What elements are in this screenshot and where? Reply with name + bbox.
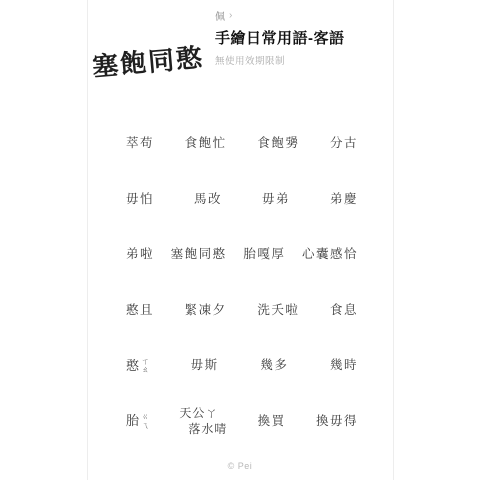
author-name: 佩 [215,8,225,23]
sticker-row: 胎ㄍㄟ天公ㄚ落水啨換買換毋得 [126,394,358,450]
sticker-item[interactable]: 弟啦 [126,246,154,263]
sticker-row: 毋怕馬改毋弟弟慶 [126,172,358,228]
sticker-row: 憨ㄒㄠ毋斯幾多幾時 [126,338,358,394]
sticker-item[interactable]: 萃苟 [126,135,154,152]
sticker-item[interactable]: 緊凍夕 [185,302,227,319]
page-title: 手繪日常用語-客語 [215,27,385,48]
usage-note: 無使用效期限制 [215,53,385,67]
sticker-item[interactable]: 食息 [330,302,358,319]
chevron-right-icon: › [229,11,232,21]
sticker-item[interactable]: 胎ㄍㄟ [126,412,149,430]
sticker-item[interactable]: 憨ㄒㄠ [126,357,149,375]
sticker-item[interactable]: 食飽忙 [185,135,227,152]
sticker-item[interactable]: 弟慶 [330,191,358,208]
sticker-item[interactable]: 心囊感恰 [302,246,358,263]
shop-header: 佩 › 手繪日常用語-客語 無使用效期限制 [215,8,385,67]
sticker-item[interactable]: 幾時 [330,357,358,374]
sticker-item[interactable]: 天公ㄚ落水啨 [179,405,227,437]
footer-copyright: © Pei [0,461,480,471]
sticker-item[interactable]: 毋怕 [126,191,154,208]
sticker-item[interactable]: 憨且 [126,302,154,319]
sticker-row: 憨且緊凍夕洗夭啦食息 [126,283,358,339]
sticker-item[interactable]: 換毋得 [316,413,358,430]
sticker-grid: 萃苟食飽忙食飽勥分古毋怕馬改毋弟弟慶弟啦塞飽同憨胎嘎厚心囊感恰憨且緊凍夕洗夭啦食… [126,116,358,449]
sticker-row: 弟啦塞飽同憨胎嘎厚心囊感恰 [126,227,358,283]
sticker-item[interactable]: 洗夭啦 [257,302,299,319]
sticker-item[interactable]: 胎嘎厚 [243,246,285,263]
sticker-item[interactable]: 換買 [258,413,286,430]
phonetic-annotation: ㄒㄠ [142,358,150,375]
author-link[interactable]: 佩 › [215,8,385,23]
sticker-item[interactable]: 馬改 [194,191,222,208]
sticker-item[interactable]: 食飽勥 [257,135,299,152]
sticker-item[interactable]: 塞飽同憨 [171,246,227,263]
sticker-item[interactable]: 分古 [330,135,358,152]
sticker-item[interactable]: 毋斯 [191,357,219,374]
sticker-item[interactable]: 幾多 [260,357,288,374]
sticker-item[interactable]: 毋弟 [262,191,290,208]
phonetic-annotation: ㄍㄟ [142,413,150,430]
sticker-row: 萃苟食飽忙食飽勥分古 [126,116,358,172]
